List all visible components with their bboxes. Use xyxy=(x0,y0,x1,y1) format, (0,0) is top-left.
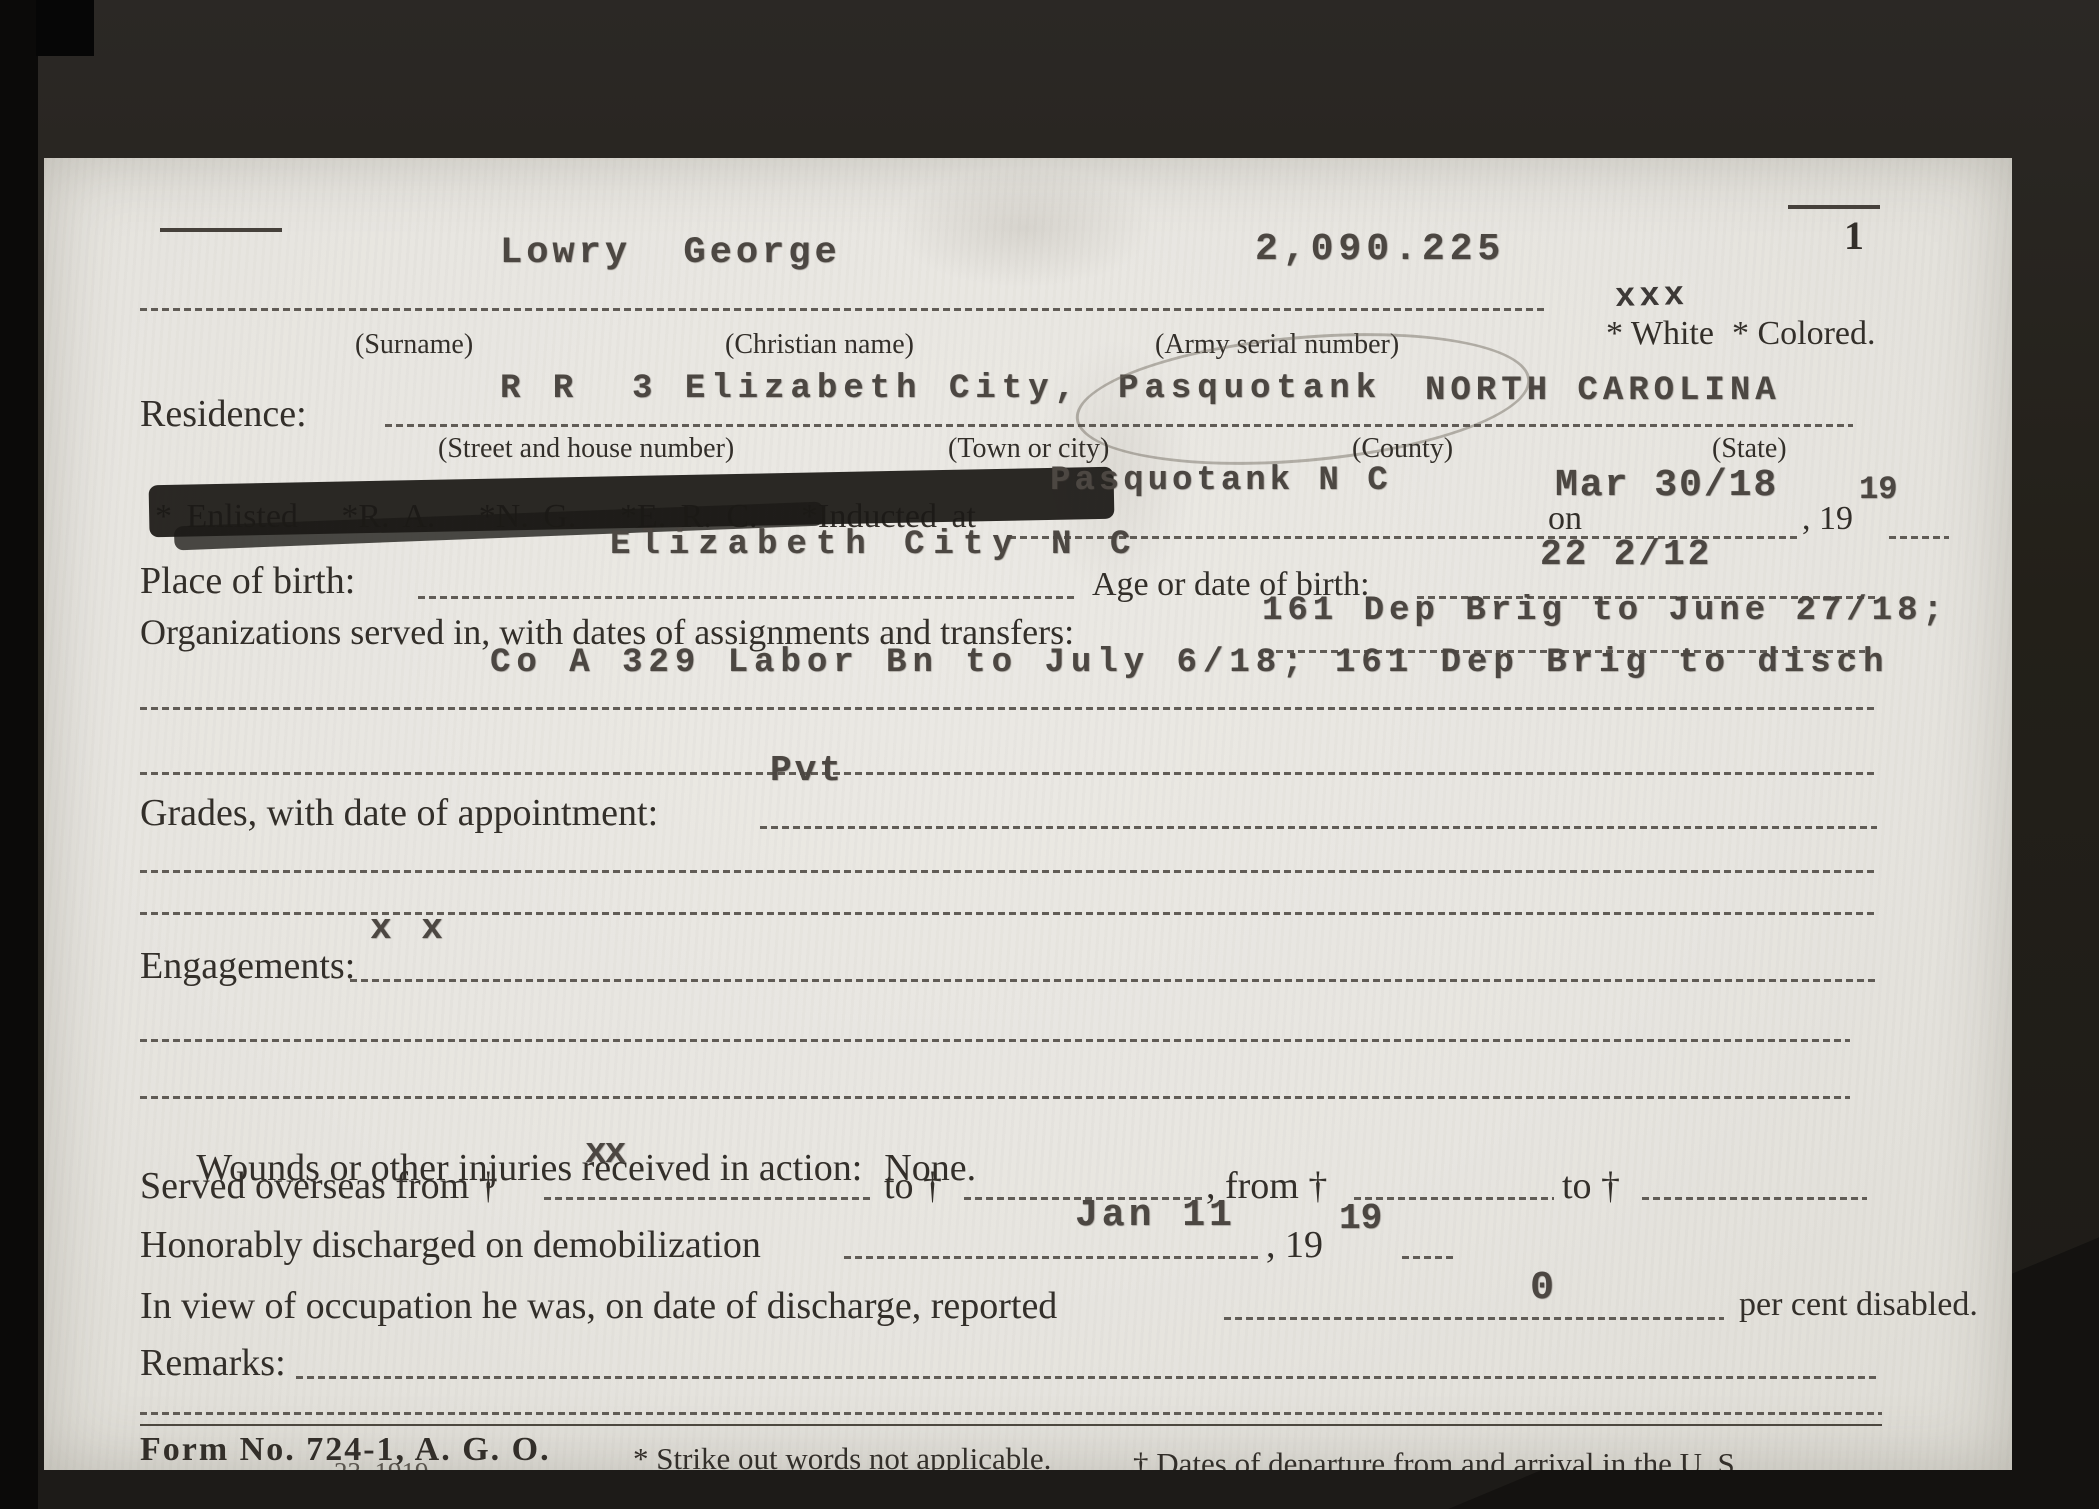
dash-line xyxy=(350,979,1877,982)
paper-stain xyxy=(1034,338,1194,598)
dash-line xyxy=(1642,1197,1867,1200)
disability-entry: 0 xyxy=(1530,1268,1554,1310)
race-strikeout: xxx xyxy=(1615,278,1689,317)
form-revision-partial: 23, 1919 xyxy=(334,1458,429,1470)
dash-line xyxy=(844,1256,1259,1259)
dash-line xyxy=(1402,1256,1457,1259)
dash-line xyxy=(140,308,1548,311)
serial-number-label: (Army serial number) xyxy=(1155,330,1399,361)
dash-line xyxy=(544,1197,874,1200)
race-line: * Whitexxx* Colored. xyxy=(1555,278,1876,390)
engagements-label: Engagements: xyxy=(140,946,355,988)
christian-name-label: (Christian name) xyxy=(725,330,914,361)
ink-strikeout-smear xyxy=(174,502,824,551)
birth-place-label: Place of birth: xyxy=(140,561,355,603)
dash-line xyxy=(140,870,1877,873)
discharge-label: Honorably discharged on demobilization xyxy=(140,1225,761,1267)
typed-name: Lowry George xyxy=(500,234,841,273)
inducted-place-value: Pasquotank N C xyxy=(1050,464,1392,500)
record-card: Lowry George 2,090.225 1 * Whitexxx* Col… xyxy=(44,158,2012,1470)
overseas-to2-label: to † xyxy=(1562,1166,1620,1208)
race-white-label: * White xyxy=(1606,315,1714,352)
overseas-to-label: to † xyxy=(884,1166,942,1208)
residence-label: Residence: xyxy=(140,394,307,436)
dash-line xyxy=(1889,536,1949,539)
organizations-label: Organizations served in, with dates of a… xyxy=(140,613,1074,653)
scanned-document: Lowry George 2,090.225 1 * Whitexxx* Col… xyxy=(0,0,2099,1509)
dash-line xyxy=(1354,1197,1554,1200)
serial-number: 2,090.225 xyxy=(1255,230,1505,270)
residence-state-value: NORTH CAROLINA xyxy=(1425,374,1781,410)
dagger-note: † Dates of departure from and arrival in… xyxy=(1133,1447,1742,1470)
page-number: 1 xyxy=(1844,214,1864,258)
top-left-tick xyxy=(160,228,282,232)
dash-line xyxy=(140,772,1877,775)
race-colored-label: * Colored. xyxy=(1732,315,1876,352)
pencil-circle-annotation xyxy=(1070,316,1535,481)
wounds-entry: None. xyxy=(884,1147,976,1189)
county-label: (County) xyxy=(1352,434,1453,465)
inducted-on-label: on xyxy=(1548,500,1582,537)
scan-border-notch xyxy=(36,0,94,56)
birth-place-value: Elizabeth City N C xyxy=(610,528,1139,564)
disability-label: In view of occupation he was, on date of… xyxy=(140,1286,1057,1328)
disability-suffix: per cent disabled. xyxy=(1739,1286,1978,1323)
wounds-line: Wounds or other injuries received in act… xyxy=(140,1106,976,1231)
solid-rule xyxy=(140,1424,1882,1426)
engagements-entry: x x xyxy=(370,910,447,948)
dash-line xyxy=(140,707,1877,710)
wounds-label: Wounds or other injuries received in act… xyxy=(196,1147,862,1189)
town-label: (Town or city) xyxy=(948,434,1109,465)
overseas-entry: xx xyxy=(585,1134,624,1172)
birth-age-label: Age or date of birth: xyxy=(1092,566,1370,603)
discharge-year-value: 19 xyxy=(1339,1200,1382,1238)
surname-label: (Surname) xyxy=(355,330,473,361)
discharge-date-value: Jan 11 xyxy=(1075,1196,1236,1236)
page-number-overline xyxy=(1788,205,1880,209)
dash-line xyxy=(1265,650,1865,653)
inducted-year-printed: , 19 xyxy=(1802,500,1853,537)
state-label: (State) xyxy=(1712,434,1787,465)
grades-entry: Pvt xyxy=(770,752,844,790)
overseas-from-label: Served overseas from † xyxy=(140,1166,498,1208)
grades-label: Grades, with date of appointment: xyxy=(140,793,658,835)
form-number: Form No. 724-1, A. G. O. xyxy=(140,1431,551,1468)
dash-line xyxy=(296,1376,1877,1379)
scan-border-left xyxy=(0,0,38,1509)
dash-line xyxy=(964,1197,1204,1200)
organizations-entry-line1: 161 Dep Brig to June 27/18; xyxy=(1262,594,1948,630)
dash-line xyxy=(760,826,1877,829)
dash-line xyxy=(140,1039,1850,1042)
dash-line xyxy=(1417,596,1877,599)
residence-street-town-value: R R 3 Elizabeth City, xyxy=(500,372,1081,408)
strike-out-note: * Strike out words not applicable. xyxy=(633,1442,1051,1470)
dash-line xyxy=(140,1096,1850,1099)
dash-line xyxy=(140,912,1877,915)
overseas-from2-label: , from † xyxy=(1206,1166,1327,1208)
ink-strikeout-smear xyxy=(149,467,1115,538)
street-label: (Street and house number) xyxy=(438,434,734,465)
inducted-date-value: Mar 30/18 xyxy=(1555,466,1778,506)
dash-line xyxy=(140,1412,1882,1415)
dash-line xyxy=(1224,1317,1724,1320)
dash-line xyxy=(418,596,1078,599)
enlistment-printed-options: * Enlisted *R. A. *N. G. *E. R. C. *Indu… xyxy=(155,498,976,535)
remarks-label: Remarks: xyxy=(140,1343,286,1385)
residence-county-value: Pasquotank xyxy=(1118,372,1382,408)
dash-line xyxy=(1009,536,1799,539)
paper-stain xyxy=(894,168,1154,288)
dash-line xyxy=(385,424,1853,427)
birth-age-value: 22 2/12 xyxy=(1540,536,1712,574)
organizations-entry-line2: Co A 329 Labor Bn to July 6/18; 161 Dep … xyxy=(490,646,1889,682)
inducted-year-value: 19 xyxy=(1859,473,1897,507)
discharge-year-printed: , 19 xyxy=(1266,1225,1323,1267)
